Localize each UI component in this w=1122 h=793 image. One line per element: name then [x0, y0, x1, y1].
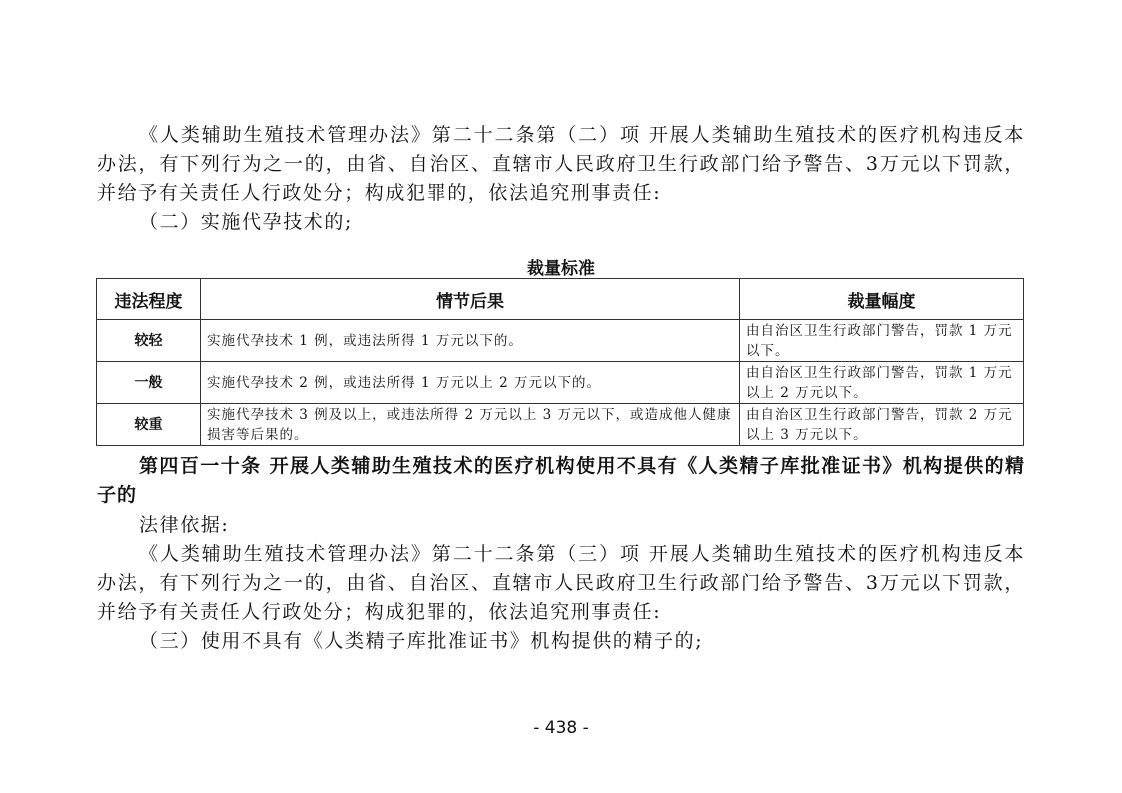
table-header-row: 违法程度 情节后果 裁量幅度: [97, 279, 1024, 320]
table-row: 较重 实施代孕技术 3 例及以上，或违法所得 2 万元以上 3 万元以下，或造成…: [97, 404, 1024, 446]
circumstance-cell: 实施代孕技术 2 例，或违法所得 1 万元以上 2 万元以下的。: [201, 362, 740, 404]
legal-basis-paragraph-2: 《人类辅助生殖技术管理办法》第二十二条第（三）项 开展人类辅助生殖技术的医疗机构…: [97, 540, 1025, 627]
legal-item-3: （三）使用不具有《人类精子库批准证书》机构提供的精子的;: [97, 627, 1025, 656]
penalty-cell: 由自治区卫生行政部门警告，罚款 2 万元以上 3 万元以下。: [740, 404, 1024, 446]
discretion-standard-table: 违法程度 情节后果 裁量幅度 较轻 实施代孕技术 1 例，或违法所得 1 万元以…: [96, 278, 1024, 446]
level-cell: 较轻: [97, 320, 201, 362]
circumstance-cell: 实施代孕技术 1 例，或违法所得 1 万元以下的。: [201, 320, 740, 362]
table-row: 一般 实施代孕技术 2 例，或违法所得 1 万元以上 2 万元以下的。 由自治区…: [97, 362, 1024, 404]
legal-item-2: （二）实施代孕技术的;: [97, 208, 1025, 237]
article-title: 第四百一十条 开展人类辅助生殖技术的医疗机构使用不具有《人类精子库批准证书》机构…: [97, 452, 1025, 510]
header-violation-level: 违法程度: [97, 279, 201, 320]
page-number: - 438 -: [0, 718, 1122, 738]
level-cell: 较重: [97, 404, 201, 446]
penalty-cell: 由自治区卫生行政部门警告，罚款 1 万元以上 2 万元以下。: [740, 362, 1024, 404]
table-caption: 裁量标准: [0, 254, 1122, 279]
header-circumstance: 情节后果: [201, 279, 740, 320]
legal-basis-label: 法律依据:: [97, 511, 1025, 540]
level-cell: 一般: [97, 362, 201, 404]
circumstance-cell: 实施代孕技术 3 例及以上，或违法所得 2 万元以上 3 万元以下，或造成他人健…: [201, 404, 740, 446]
penalty-cell: 由自治区卫生行政部门警告，罚款 1 万元以下。: [740, 320, 1024, 362]
legal-basis-paragraph-1: 《人类辅助生殖技术管理办法》第二十二条第（二）项 开展人类辅助生殖技术的医疗机构…: [97, 121, 1025, 208]
table-row: 较轻 实施代孕技术 1 例，或违法所得 1 万元以下的。 由自治区卫生行政部门警…: [97, 320, 1024, 362]
header-penalty-range: 裁量幅度: [740, 279, 1024, 320]
